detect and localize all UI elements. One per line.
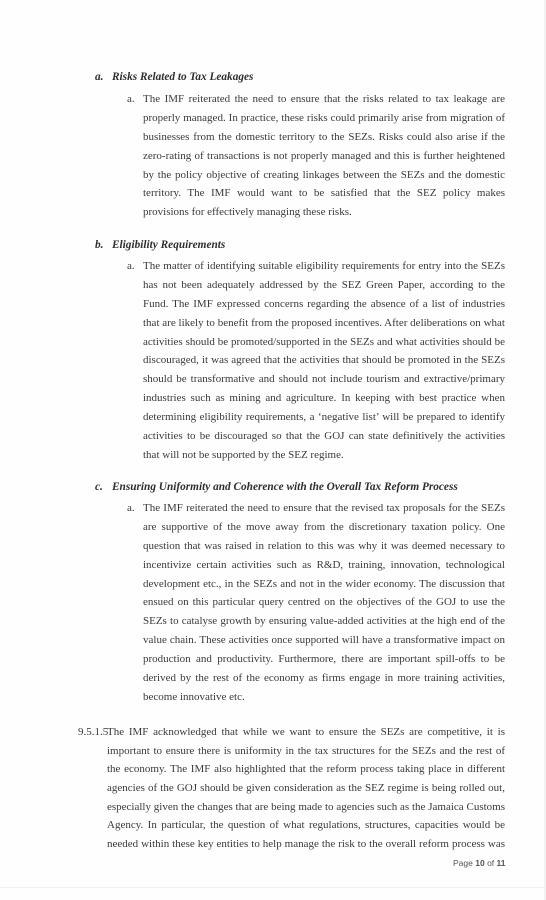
text-line: that are likely to benefit from the prop… bbox=[143, 314, 505, 333]
text-line: should be transformative and should not … bbox=[143, 370, 505, 389]
text-line: incentivize certain activities such as R… bbox=[143, 556, 505, 575]
page-current: 10 bbox=[475, 858, 484, 868]
text-line: The IMF acknowledged that while we want … bbox=[107, 723, 505, 742]
item-marker: a. bbox=[127, 257, 135, 276]
page-of: of bbox=[487, 858, 494, 868]
text-line: development etc., in the SEZs and not in… bbox=[143, 575, 505, 594]
text-line: The IMF reiterated the need to ensure th… bbox=[143, 90, 505, 109]
text-line: Fund. The IMF expressed concerns regardi… bbox=[143, 295, 505, 314]
text-line: discouraged, it was agreed that the acti… bbox=[143, 351, 505, 370]
text-line: become innovative etc. bbox=[143, 688, 505, 707]
text-line: determining eligibility requirements, a … bbox=[143, 408, 505, 427]
text-line: territory. The IMF would want to be sati… bbox=[143, 184, 505, 203]
paragraph-9-5-1-5: 9.5.1.5 The IMF acknowledged that while … bbox=[78, 723, 505, 854]
item-marker: a. bbox=[127, 499, 135, 518]
text-line: properly managed. In practice, these ris… bbox=[143, 109, 505, 128]
section-item-uniformity: a. The IMF reiterated the need to ensure… bbox=[127, 499, 505, 707]
section-title: Ensuring Uniformity and Coherence with t… bbox=[112, 481, 458, 493]
text-line: The matter of identifying suitable eligi… bbox=[143, 257, 505, 276]
text-line: especially given the changes that are be… bbox=[107, 798, 505, 817]
text-line: zero-rating of transactions is not prope… bbox=[143, 147, 505, 166]
section-item-risks: a. The IMF reiterated the need to ensure… bbox=[127, 90, 505, 222]
paragraph-body: The IMF acknowledged that while we want … bbox=[107, 723, 505, 854]
text-line: businesses from the domestic territory t… bbox=[143, 128, 505, 147]
section-title: Risks Related to Tax Leakages bbox=[112, 71, 253, 83]
document-page: a.Risks Related to Tax Leakages a. The I… bbox=[0, 0, 546, 900]
section-heading-risks: a.Risks Related to Tax Leakages bbox=[95, 71, 253, 83]
item-body: The IMF reiterated the need to ensure th… bbox=[143, 499, 505, 707]
text-line: SEZs to catalyse growth by ensuring valu… bbox=[143, 612, 505, 631]
text-line: agencies of the GOJ should be given cons… bbox=[107, 779, 505, 798]
section-marker: c. bbox=[95, 481, 112, 493]
item-body: The IMF reiterated the need to ensure th… bbox=[143, 90, 505, 222]
section-marker: b. bbox=[95, 239, 112, 251]
text-line: Agency. In particular, the question of w… bbox=[107, 816, 505, 835]
item-marker: a. bbox=[127, 90, 135, 109]
text-line: needed within these key entities to help… bbox=[107, 835, 505, 854]
text-line: activities should be promoted/supported … bbox=[143, 333, 505, 352]
text-line: value chain. These activities once suppo… bbox=[143, 631, 505, 650]
section-heading-uniformity: c.Ensuring Uniformity and Coherence with… bbox=[95, 481, 458, 493]
text-line: industries such as mining and agricultur… bbox=[143, 389, 505, 408]
scan-edge-bottom bbox=[0, 887, 546, 888]
text-line: question that was raised in relation to … bbox=[143, 537, 505, 556]
text-line: The IMF reiterated the need to ensure th… bbox=[143, 499, 505, 518]
text-line: by the policy objective of creating link… bbox=[143, 166, 505, 185]
text-line: production and productivity. Furthermore… bbox=[143, 650, 505, 669]
text-line: derived by the rest of the economy as fi… bbox=[143, 669, 505, 688]
section-title: Eligibility Requirements bbox=[112, 239, 225, 251]
section-heading-eligibility: b.Eligibility Requirements bbox=[95, 239, 225, 251]
item-body: The matter of identifying suitable eligi… bbox=[143, 257, 505, 465]
text-line: that will not be supported by the SEZ re… bbox=[143, 446, 505, 465]
page-label: Page bbox=[453, 858, 473, 868]
page-footer: Page 10 of 11 bbox=[453, 858, 506, 868]
section-marker: a. bbox=[95, 71, 112, 83]
section-item-eligibility: a. The matter of identifying suitable el… bbox=[127, 257, 505, 465]
text-line: ensued on this particular query centred … bbox=[143, 593, 505, 612]
text-line: activities to be discouraged so that the… bbox=[143, 427, 505, 446]
page-total: 11 bbox=[497, 858, 506, 868]
text-line: provisions for effectively managing thes… bbox=[143, 203, 505, 222]
text-line: has not been adequately addressed by the… bbox=[143, 276, 505, 295]
text-line: the economy. The IMF also highlighted th… bbox=[107, 760, 505, 779]
text-line: important to ensure there is uniformity … bbox=[107, 742, 505, 761]
text-line: are supportive of the move away from the… bbox=[143, 518, 505, 537]
paragraph-number: 9.5.1.5 bbox=[78, 723, 108, 742]
